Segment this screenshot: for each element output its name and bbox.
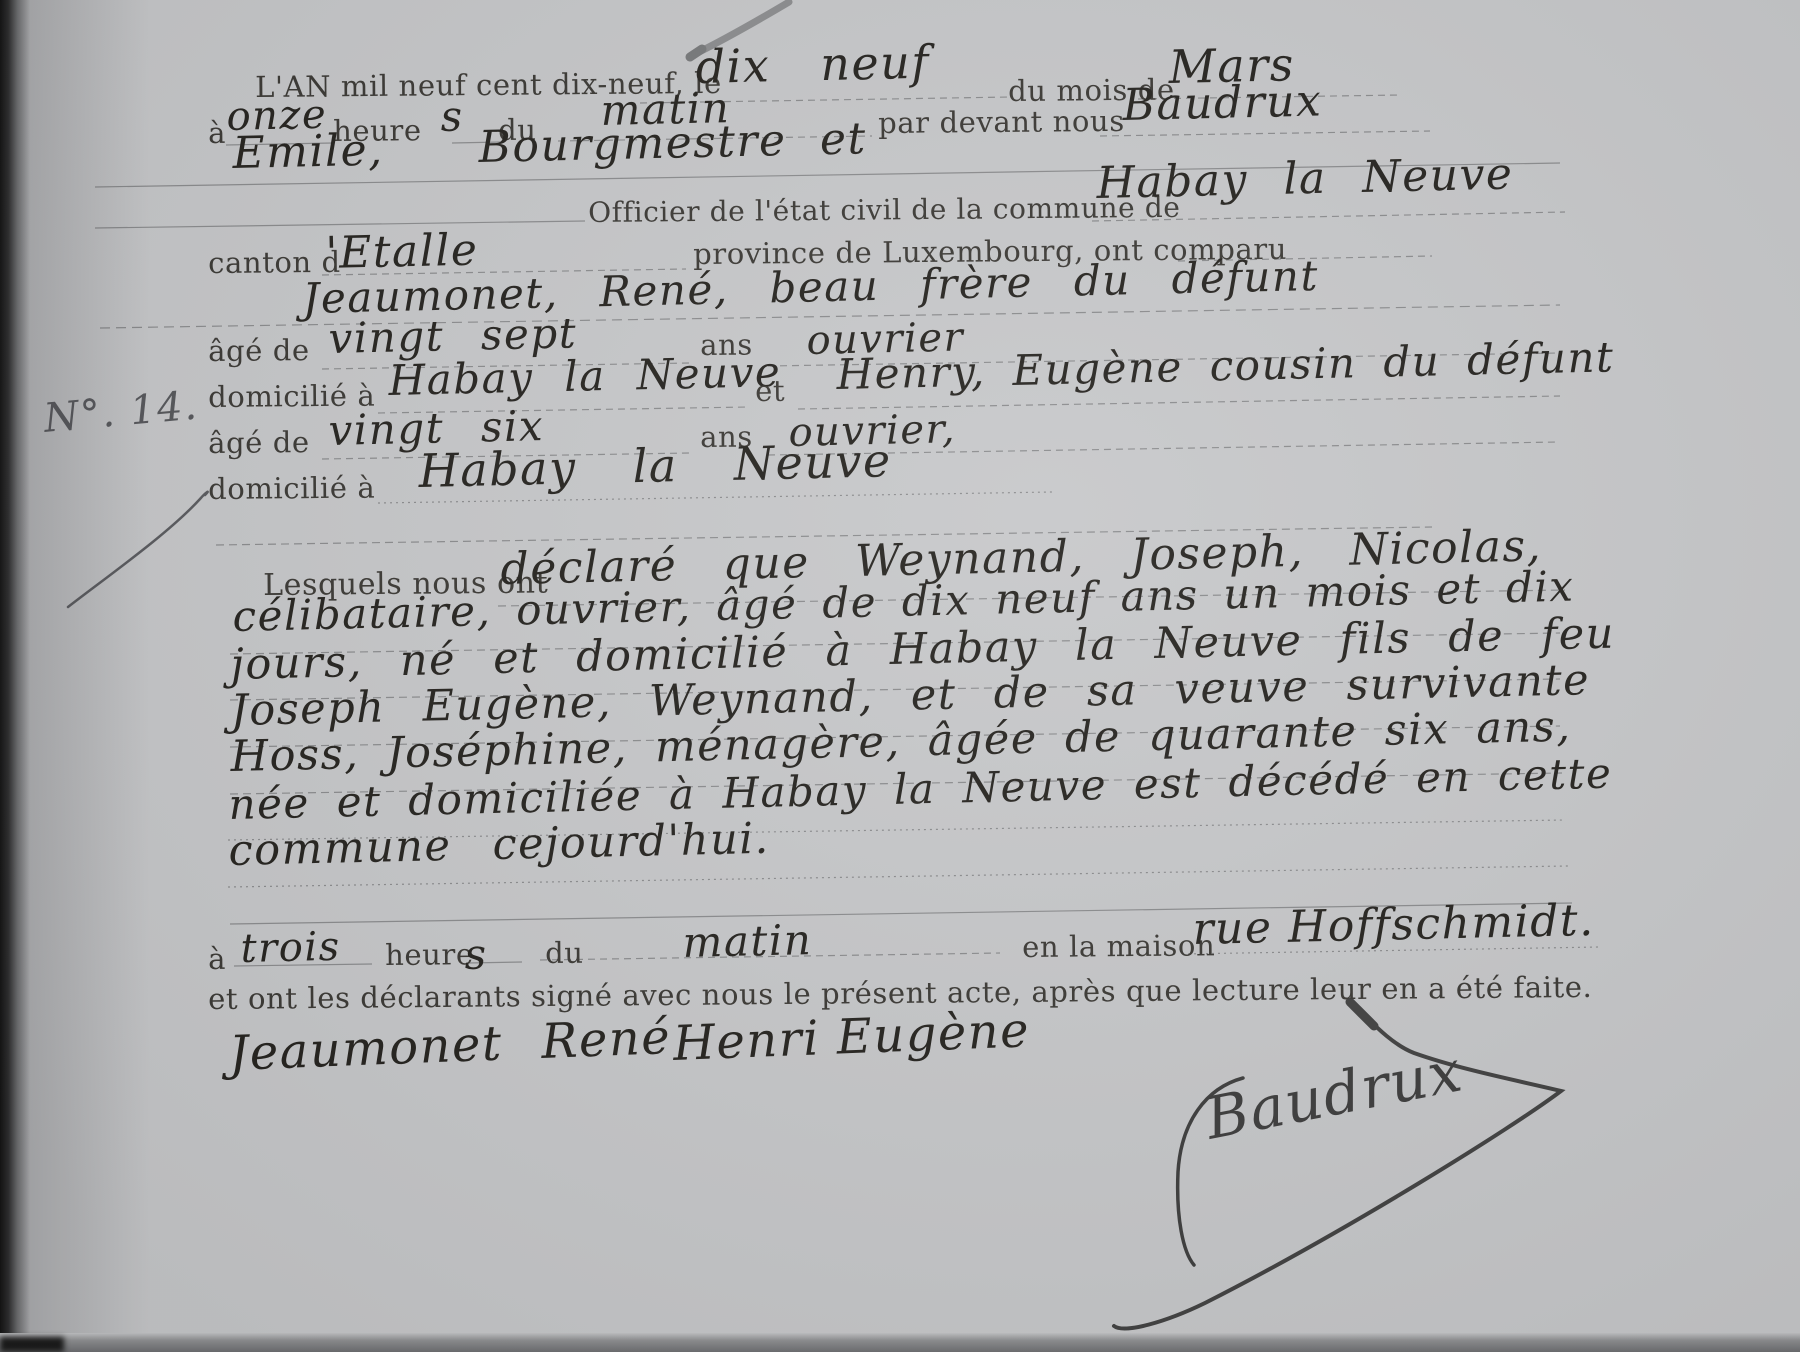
hand-residence-2: Habay la Neuve	[418, 433, 892, 498]
fill-line	[1100, 131, 1430, 136]
printed-closing-hour-label: heure	[385, 937, 474, 972]
printed-civil-officer: Officier de l'état civil de la commune d…	[588, 191, 1181, 229]
hand-officer-name: Baudrux	[1122, 75, 1323, 131]
printed-age-label-1: âgé de	[208, 333, 310, 368]
printed-closing-at: à	[208, 942, 226, 976]
hand-officer-title: Bourgmestre et	[478, 113, 867, 173]
printed-at: à	[208, 116, 226, 150]
hand-residence-1: Habay la Neuve	[388, 347, 782, 405]
hand-closing-period: matin	[682, 915, 813, 967]
hand-plural-s: s	[440, 91, 464, 141]
printed-closing-of: du	[545, 936, 584, 970]
bottom-left-corner-shadow	[0, 1337, 64, 1352]
printed-and: et	[755, 374, 785, 408]
printed-before-us: par devant nous	[878, 104, 1125, 140]
hand-closing-plural-s: s	[464, 929, 488, 979]
hand-house-address: rue Hoffschmidt.	[1192, 895, 1595, 955]
officer-signature-flourish	[1114, 1006, 1561, 1329]
page-left-edge	[0, 0, 30, 1352]
hand-closing-hour: trois	[240, 924, 341, 972]
printed-age-label-2: âgé de	[208, 425, 310, 460]
death-register-scan: N°. 14. L'AN mil neuf cent dix-neuf, le …	[0, 0, 1800, 1352]
printed-residence-label-2: domicilié à	[208, 471, 375, 506]
page-bottom-edge	[0, 1333, 1800, 1352]
printed-house-label: en la maison	[1022, 928, 1215, 964]
hand-day: dix neuf	[695, 35, 930, 94]
hand-officer-firstname: Emile,	[232, 125, 384, 179]
hand-commune: Habay la Neuve	[1096, 149, 1514, 209]
